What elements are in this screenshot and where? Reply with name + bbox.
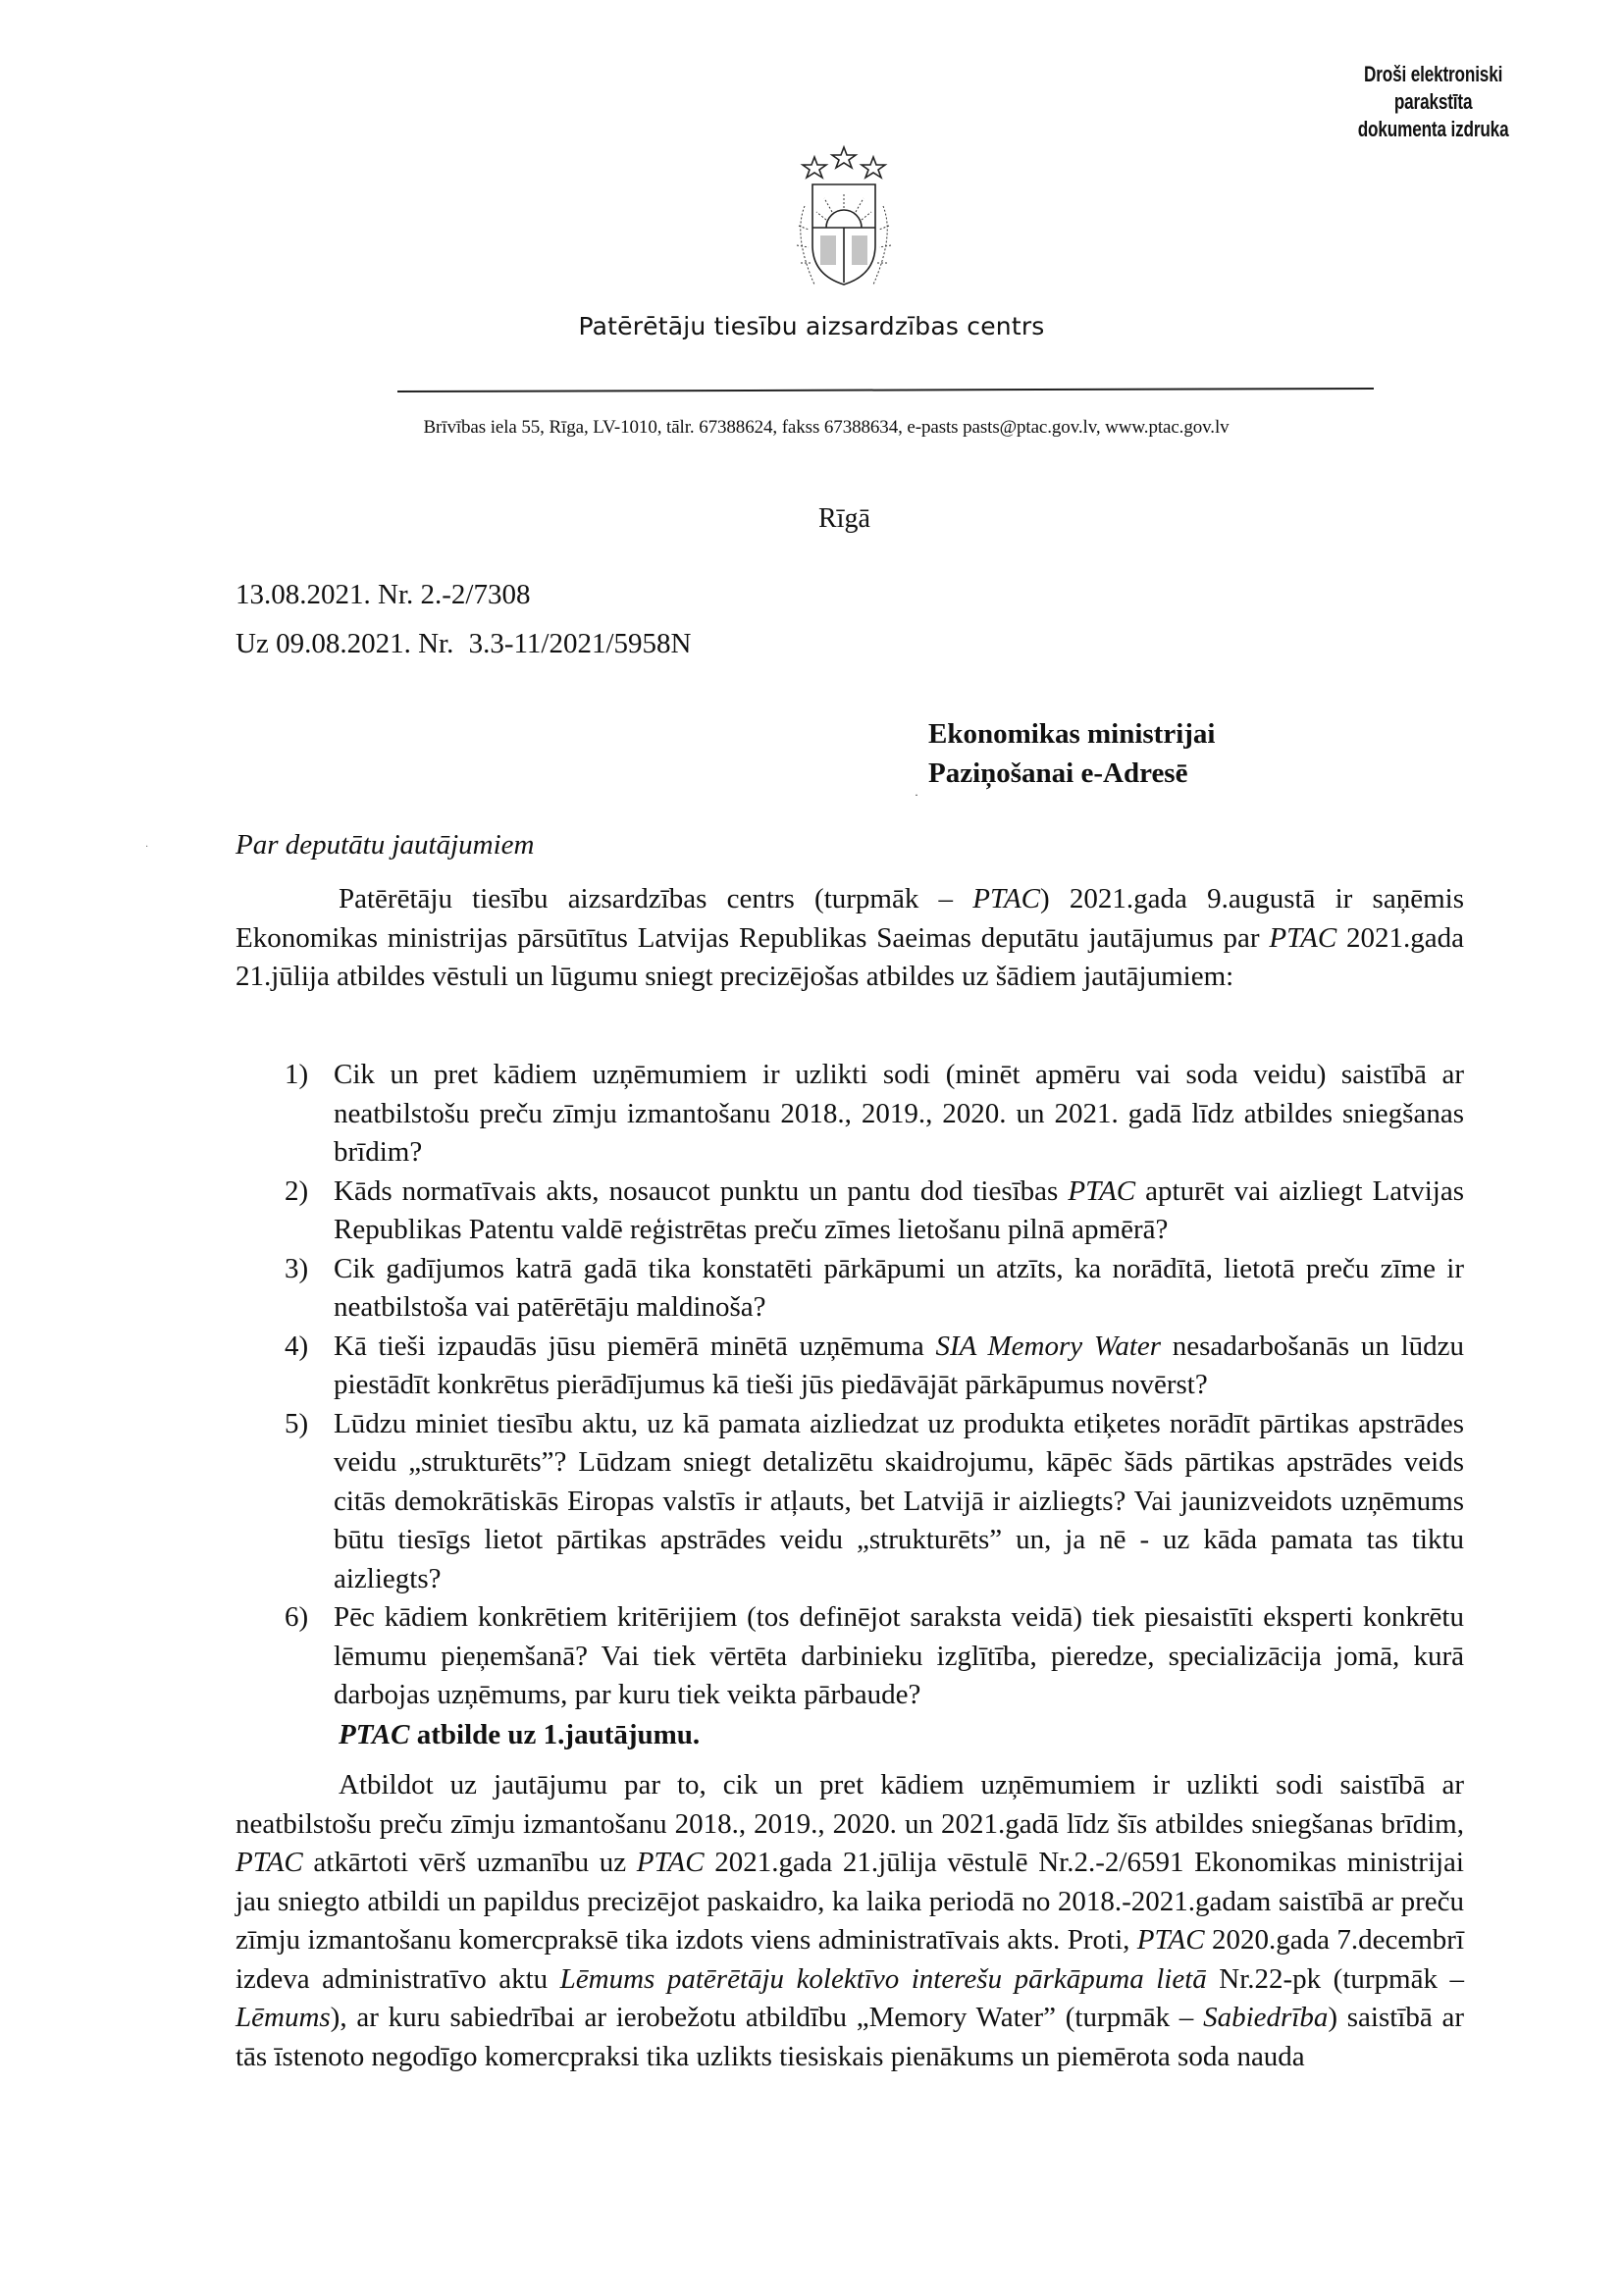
margin-speck: ·	[145, 842, 148, 853]
organization-address: Brīvības iela 55, Rīga, LV-1010, tālr. 6…	[0, 417, 1623, 439]
question-abbr: PTAC	[1068, 1175, 1135, 1207]
recipient-line-1: Ekonomikas ministrijai	[928, 714, 1215, 754]
decision-title: Lēmums patērētāju kolektīvo interešu pār…	[560, 1963, 1207, 1995]
answer-abbr: Lēmums	[236, 2002, 331, 2033]
electronic-signature-stamp: Droši elektroniski parakstīta dokumenta …	[1334, 61, 1533, 143]
question-number: 5)	[285, 1405, 308, 1444]
question-item: 6) Pēc kādiem konkrētiem kritērijiem (to…	[285, 1598, 1464, 1715]
question-item: 3) Cik gadījumos katrā gadā tika konstat…	[285, 1250, 1464, 1328]
answer-1-paragraph: Atbildot uz jautājumu par to, cik un pre…	[236, 1766, 1464, 2076]
answer-text: Atbildot uz jautājumu par to, cik un pre…	[236, 1769, 1464, 1840]
intro-abbr: PTAC	[972, 883, 1040, 914]
scan-speck: ·	[915, 775, 918, 814]
letter-subject: Par deputātu jautājumiem	[236, 829, 534, 861]
recipient-line-2: Paziņošanai e-Adresē	[928, 754, 1215, 793]
address-text: Brīvības iela 55, Rīga, LV-1010, tālr. 6…	[423, 417, 1229, 439]
question-item: 1) Cik un pret kādiem uzņēmumiem ir uzli…	[285, 1056, 1464, 1173]
answer-abbr: Sabiedrība	[1203, 2002, 1328, 2033]
latvia-coat-of-arms-icon	[785, 137, 903, 294]
question-text: Kā tieši izpaudās jūsu piemērā minētā uz…	[334, 1328, 1464, 1405]
question-text: Pēc kādiem konkrētiem kritērijiem (tos d…	[334, 1598, 1464, 1715]
question-item: 4) Kā tieši izpaudās jūsu piemērā minētā…	[285, 1328, 1464, 1405]
answer-1-heading: PTAC atbilde uz 1.jautājumu.	[339, 1719, 700, 1751]
question-text: Cik un pret kādiem uzņēmumiem ir uzlikti…	[334, 1056, 1464, 1173]
answer-abbr: PTAC	[1137, 1924, 1205, 1956]
answer-text: ), ar kuru sabiedrībai ar ierobežotu atb…	[331, 2002, 1203, 2033]
question-number: 6)	[285, 1598, 308, 1638]
question-text: Lūdzu miniet tiesību aktu, uz kā pamata …	[334, 1405, 1464, 1599]
questions-list: 1) Cik un pret kādiem uzņēmumiem ir uzli…	[285, 1056, 1464, 1715]
intro-paragraph: Patērētāju tiesību aizsardzības centrs (…	[236, 880, 1464, 997]
heading-abbr: PTAC	[339, 1719, 410, 1750]
question-number: 2)	[285, 1173, 308, 1212]
stamp-line-1: Droši elektroniski parakstīta	[1334, 61, 1533, 116]
intro-abbr: PTAC	[1269, 922, 1336, 954]
company-name: SIA Memory Water	[935, 1331, 1161, 1362]
city: Rīgā	[818, 503, 870, 535]
reference-value: 3.3-11/2021/5958N	[469, 628, 692, 659]
question-text: Kāds normatīvais akts, nosaucot punktu u…	[334, 1173, 1464, 1250]
question-text: Cik gadījumos katrā gadā tika konstatēti…	[334, 1250, 1464, 1328]
intro-text: Patērētāju tiesību aizsardzības centrs (…	[339, 883, 972, 914]
registration-number: 13.08.2021. Nr. 2.-2/7308	[236, 579, 530, 611]
answer-text: atkārtoti vērš uzmanību uz	[303, 1847, 637, 1878]
stamp-line-2: dokumenta izdruka	[1334, 116, 1533, 143]
heading-text: atbilde uz 1.jautājumu.	[410, 1719, 701, 1750]
organization-name: Patērētāju tiesību aizsardzības centrs	[0, 312, 1623, 340]
answer-abbr: PTAC	[637, 1847, 705, 1878]
recipient-block: Ekonomikas ministrijai Paziņošanai e-Adr…	[928, 714, 1215, 793]
question-item: 5) Lūdzu miniet tiesību aktu, uz kā pama…	[285, 1405, 1464, 1599]
reference-number: Uz 09.08.2021. Nr. 3.3-11/2021/5958N	[236, 628, 691, 660]
letterhead-divider	[397, 388, 1374, 392]
question-item: 2) Kāds normatīvais akts, nosaucot punkt…	[285, 1173, 1464, 1250]
question-number: 3)	[285, 1250, 308, 1289]
question-number: 1)	[285, 1056, 308, 1095]
reference-prefix: Uz 09.08.2021. Nr.	[236, 628, 453, 659]
question-number: 4)	[285, 1328, 308, 1367]
question-text-part: Kāds normatīvais akts, nosaucot punktu u…	[334, 1175, 1068, 1207]
answer-text: Nr.22-pk (turpmāk –	[1207, 1963, 1464, 1995]
answer-abbr: PTAC	[236, 1847, 303, 1878]
question-text-part: Kā tieši izpaudās jūsu piemērā minētā uz…	[334, 1331, 935, 1362]
